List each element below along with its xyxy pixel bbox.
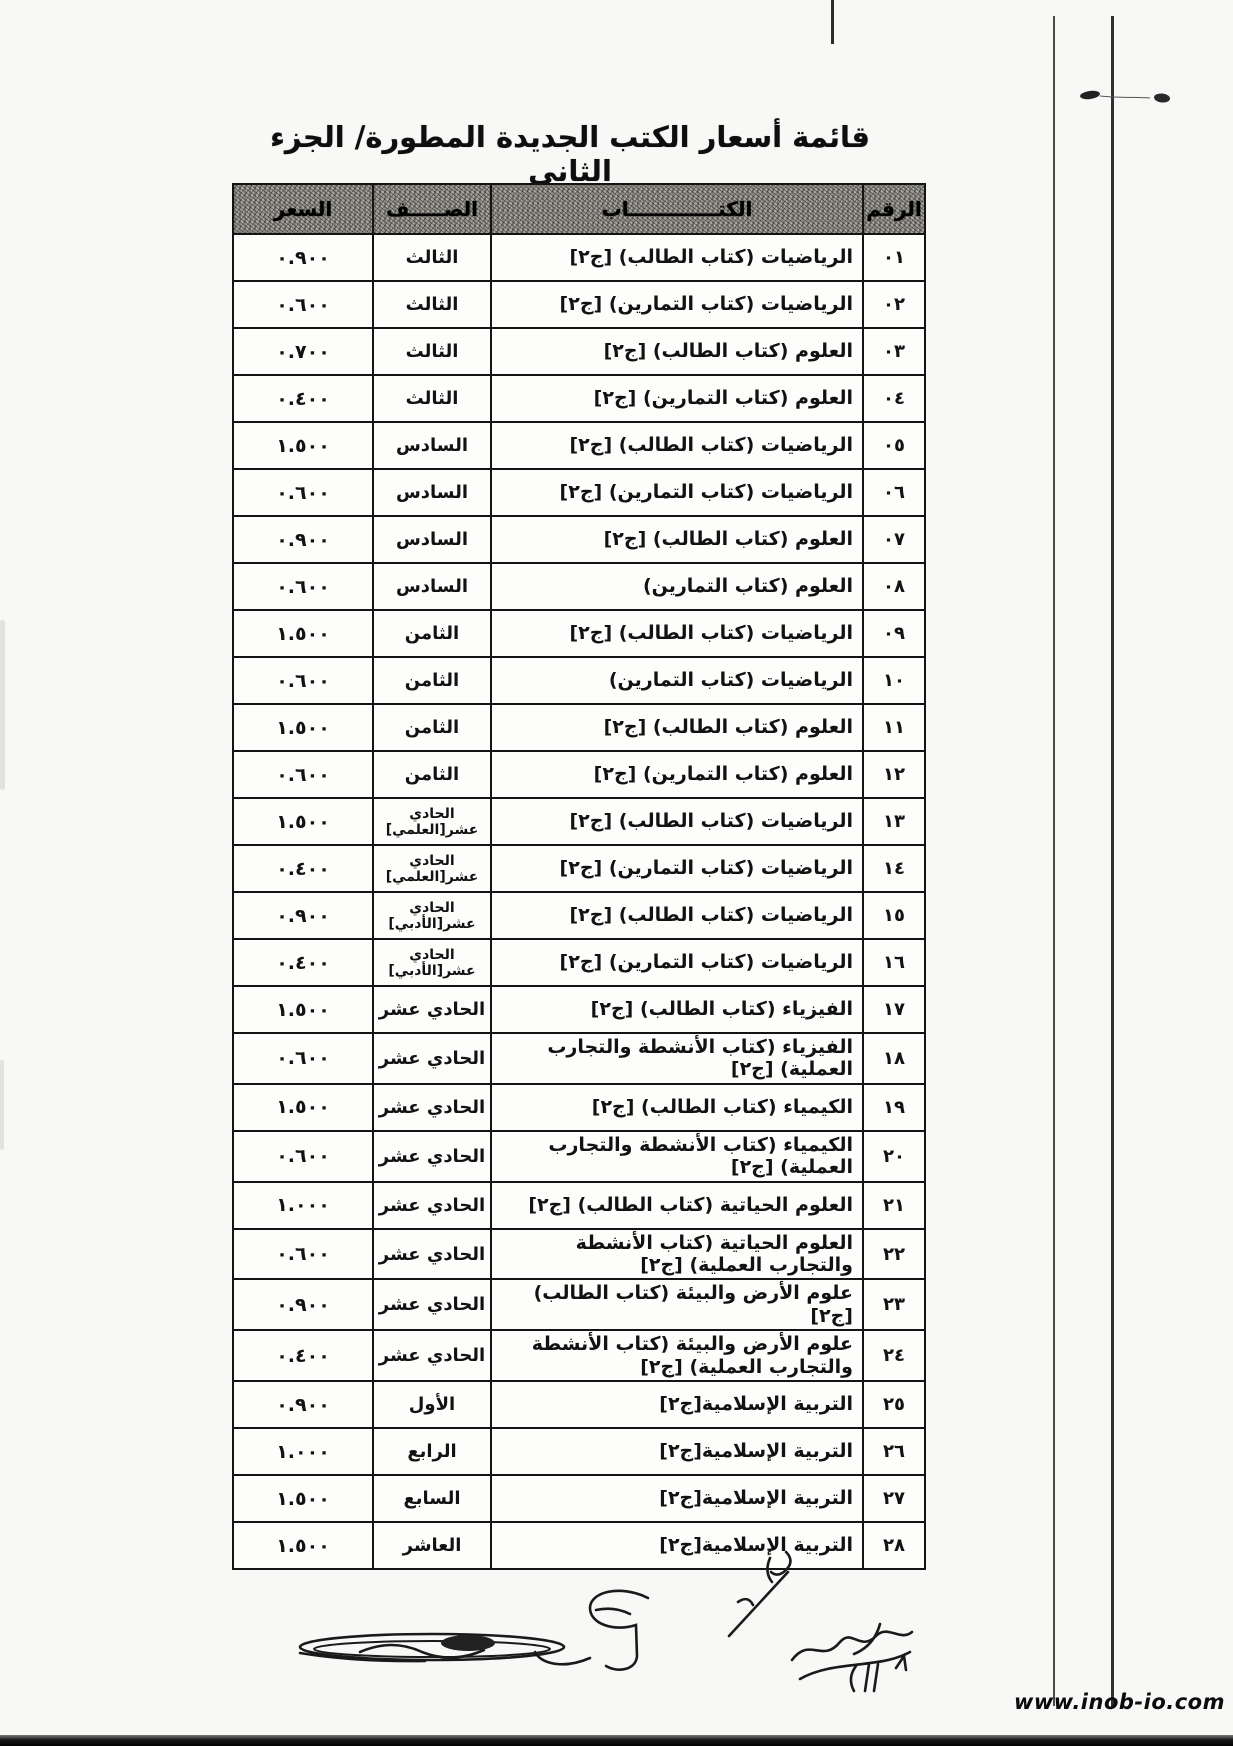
cell-grade: الحادي عشر — [373, 986, 491, 1033]
cell-price: ١.٥٠٠ — [233, 422, 373, 469]
cell-price: ٠.٩٠٠ — [233, 1381, 373, 1428]
cell-price: ٠.٦٠٠ — [233, 469, 373, 516]
cell-number: ٠٨ — [863, 563, 925, 610]
cell-grade: الحادي عشر[الأدبي] — [373, 892, 491, 939]
cell-number: ٠٥ — [863, 422, 925, 469]
cell-grade: الثالث — [373, 281, 491, 328]
table-header-row: الرقم الكتـــــــــــــاب الصـــــف السع… — [233, 184, 925, 234]
cell-number: ٠٣ — [863, 328, 925, 375]
cell-number: ٠٤ — [863, 375, 925, 422]
cell-grade: الثالث — [373, 375, 491, 422]
cell-book: الرياضيات (كتاب الطالب) [ج٢] — [491, 234, 863, 281]
cell-price: ٠.٦٠٠ — [233, 657, 373, 704]
table-row: ١٧الفيزياء (كتاب الطالب) [ج٢]الحادي عشر١… — [233, 986, 925, 1033]
cell-price: ٠.٤٠٠ — [233, 845, 373, 892]
cell-price: ٠.٧٠٠ — [233, 328, 373, 375]
cell-number: ١٦ — [863, 939, 925, 986]
watermark: www.inob-io.com — [1014, 1690, 1225, 1714]
cell-price: ١.٥٠٠ — [233, 1475, 373, 1522]
cell-number: ٢٢ — [863, 1229, 925, 1280]
table-row: ٢٠الكيمياء (كتاب الأنشطة والتجارب العملي… — [233, 1131, 925, 1182]
cell-book: الرياضيات (كتاب التمارين) [ج٢] — [491, 281, 863, 328]
cell-grade: الحادي عشر — [373, 1182, 491, 1229]
table-row: ١٣الرياضيات (كتاب الطالب) [ج٢]الحادي عشر… — [233, 798, 925, 845]
header-book: الكتـــــــــــــاب — [491, 184, 863, 234]
cell-price: ٠.٩٠٠ — [233, 234, 373, 281]
cell-book: العلوم (كتاب التمارين) — [491, 563, 863, 610]
cell-grade: الثالث — [373, 234, 491, 281]
table-row: ٠٤العلوم (كتاب التمارين) [ج٢]الثالث٠.٤٠٠ — [233, 375, 925, 422]
pen-mark — [1078, 84, 1178, 108]
table-row: ٠٩الرياضيات (كتاب الطالب) [ج٢]الثامن١.٥٠… — [233, 610, 925, 657]
cell-price: ٠.٩٠٠ — [233, 892, 373, 939]
cell-number: ٢١ — [863, 1182, 925, 1229]
table-row: ٠٦الرياضيات (كتاب التمارين) [ج٢]السادس٠.… — [233, 469, 925, 516]
cell-grade: الثالث — [373, 328, 491, 375]
cell-grade: الثامن — [373, 610, 491, 657]
cell-price: ٠.٦٠٠ — [233, 1131, 373, 1182]
cell-number: ١٤ — [863, 845, 925, 892]
cell-number: ٠١ — [863, 234, 925, 281]
cell-grade: الرابع — [373, 1428, 491, 1475]
cell-price: ١.٥٠٠ — [233, 704, 373, 751]
header-price: السعر — [233, 184, 373, 234]
header-grade: الصـــــف — [373, 184, 491, 234]
cell-book: العلوم (كتاب التمارين) [ج٢] — [491, 751, 863, 798]
cell-book: الرياضيات (كتاب التمارين) [ج٢] — [491, 845, 863, 892]
scanned-document-page: قائمة أسعار الكتب الجديدة المطورة/ الجزء… — [0, 0, 1233, 1746]
cell-book: العلوم (كتاب الطالب) [ج٢] — [491, 704, 863, 751]
cell-grade: الحادي عشر — [373, 1229, 491, 1280]
cell-number: ١٩ — [863, 1084, 925, 1131]
cell-book: العلوم (كتاب التمارين) [ج٢] — [491, 375, 863, 422]
cell-price: ٠.٦٠٠ — [233, 1033, 373, 1084]
cell-price: ١.٥٠٠ — [233, 798, 373, 845]
cell-book: الرياضيات (كتاب التمارين) — [491, 657, 863, 704]
scan-smudge — [0, 1060, 4, 1150]
cell-price: ٠.٤٠٠ — [233, 939, 373, 986]
table-row: ٠٣العلوم (كتاب الطالب) [ج٢]الثالث٠.٧٠٠ — [233, 328, 925, 375]
cell-number: ١٥ — [863, 892, 925, 939]
cell-price: ٠.٤٠٠ — [233, 375, 373, 422]
cell-number: ١٨ — [863, 1033, 925, 1084]
cell-grade: السادس — [373, 563, 491, 610]
scan-smudge — [0, 620, 5, 790]
cell-grade: السادس — [373, 422, 491, 469]
cell-price: ١.٠٠٠ — [233, 1428, 373, 1475]
cell-book: علوم الأرض والبيئة (كتاب الأنشطة والتجار… — [491, 1330, 863, 1381]
table-row: ٠١الرياضيات (كتاب الطالب) [ج٢]الثالث٠.٩٠… — [233, 234, 925, 281]
table-row: ١٩الكيمياء (كتاب الطالب) [ج٢]الحادي عشر١… — [233, 1084, 925, 1131]
cell-grade: الحادي عشر — [373, 1330, 491, 1381]
table-row: ١١العلوم (كتاب الطالب) [ج٢]الثامن١.٥٠٠ — [233, 704, 925, 751]
cell-grade: الثامن — [373, 704, 491, 751]
cell-price: ١.٥٠٠ — [233, 986, 373, 1033]
cell-book: الرياضيات (كتاب الطالب) [ج٢] — [491, 422, 863, 469]
cell-grade: الحادي عشر[العلمي] — [373, 798, 491, 845]
cell-book: الرياضيات (كتاب الطالب) [ج٢] — [491, 798, 863, 845]
cell-price: ٠.٦٠٠ — [233, 563, 373, 610]
cell-grade: الحادي عشر[الأدبي] — [373, 939, 491, 986]
cell-book: الفيزياء (كتاب الأنشطة والتجارب العملية)… — [491, 1033, 863, 1084]
cell-number: ١٣ — [863, 798, 925, 845]
cell-price: ٠.٩٠٠ — [233, 1279, 373, 1330]
cell-grade: الحادي عشر[العلمي] — [373, 845, 491, 892]
cell-price: ٠.٦٠٠ — [233, 751, 373, 798]
table-row: ٢٧التربية الإسلامية[ج٢]السابع١.٥٠٠ — [233, 1475, 925, 1522]
cell-book: الرياضيات (كتاب التمارين) [ج٢] — [491, 469, 863, 516]
cell-number: ١٧ — [863, 986, 925, 1033]
cell-book: العلوم الحياتية (كتاب الطالب) [ج٢] — [491, 1182, 863, 1229]
cell-grade: السابع — [373, 1475, 491, 1522]
cell-book: التربية الإسلامية[ج٢] — [491, 1428, 863, 1475]
scan-line-artifact-left — [1053, 16, 1055, 1706]
table-row: ١٤الرياضيات (كتاب التمارين) [ج٢]الحادي ع… — [233, 845, 925, 892]
cell-price: ٠.٦٠٠ — [233, 281, 373, 328]
table-row: ١٨الفيزياء (كتاب الأنشطة والتجارب العملي… — [233, 1033, 925, 1084]
cell-book: العلوم (كتاب الطالب) [ج٢] — [491, 328, 863, 375]
cell-number: ١٠ — [863, 657, 925, 704]
cell-book: الفيزياء (كتاب الطالب) [ج٢] — [491, 986, 863, 1033]
table-row: ١٠الرياضيات (كتاب التمارين)الثامن٠.٦٠٠ — [233, 657, 925, 704]
cell-grade: الثامن — [373, 751, 491, 798]
cell-number: ٠٧ — [863, 516, 925, 563]
table-row: ٠٨العلوم (كتاب التمارين)السادس٠.٦٠٠ — [233, 563, 925, 610]
table-row: ٢٥التربية الإسلامية[ج٢]الأول٠.٩٠٠ — [233, 1381, 925, 1428]
price-table: الرقم الكتـــــــــــــاب الصـــــف السع… — [232, 183, 926, 1570]
cell-book: العلوم (كتاب الطالب) [ج٢] — [491, 516, 863, 563]
cell-price: ٠.٩٠٠ — [233, 516, 373, 563]
cell-number: ١٢ — [863, 751, 925, 798]
table-row: ٠٥الرياضيات (كتاب الطالب) [ج٢]السادس١.٥٠… — [233, 422, 925, 469]
cell-book: التربية الإسلامية[ج٢] — [491, 1381, 863, 1428]
cell-book: الرياضيات (كتاب التمارين) [ج٢] — [491, 939, 863, 986]
cell-price: ٠.٤٠٠ — [233, 1330, 373, 1381]
cell-number: ٢٣ — [863, 1279, 925, 1330]
table-row: ١٥الرياضيات (كتاب الطالب) [ج٢]الحادي عشر… — [233, 892, 925, 939]
cell-number: ٠٦ — [863, 469, 925, 516]
cell-book: الرياضيات (كتاب الطالب) [ج٢] — [491, 892, 863, 939]
table-row: ٢١العلوم الحياتية (كتاب الطالب) [ج٢]الحا… — [233, 1182, 925, 1229]
cell-grade: الحادي عشر — [373, 1279, 491, 1330]
scan-line-artifact-right — [1111, 16, 1114, 1708]
cell-number: ٢٠ — [863, 1131, 925, 1182]
cell-grade: الحادي عشر — [373, 1131, 491, 1182]
cell-price: ٠.٦٠٠ — [233, 1229, 373, 1280]
cell-grade: الحادي عشر — [373, 1084, 491, 1131]
cell-grade: الثامن — [373, 657, 491, 704]
table-row: ١٦الرياضيات (كتاب التمارين) [ج٢]الحادي ع… — [233, 939, 925, 986]
table-row: ٢٣علوم الأرض والبيئة (كتاب الطالب) [ج٢]ا… — [233, 1279, 925, 1330]
cell-number: ١١ — [863, 704, 925, 751]
table-row: ١٢العلوم (كتاب التمارين) [ج٢]الثامن٠.٦٠٠ — [233, 751, 925, 798]
cell-grade: السادس — [373, 469, 491, 516]
cell-grade: السادس — [373, 516, 491, 563]
cell-number: ٢٧ — [863, 1475, 925, 1522]
cell-number: ٢٥ — [863, 1381, 925, 1428]
cell-book: علوم الأرض والبيئة (كتاب الطالب) [ج٢] — [491, 1279, 863, 1330]
cell-price: ١.٥٠٠ — [233, 610, 373, 657]
cell-book: الكيمياء (كتاب الطالب) [ج٢] — [491, 1084, 863, 1131]
cell-price: ١.٠٠٠ — [233, 1182, 373, 1229]
scan-line-artifact-top — [831, 0, 834, 44]
cell-book: الرياضيات (كتاب الطالب) [ج٢] — [491, 610, 863, 657]
header-number: الرقم — [863, 184, 925, 234]
table-row: ٢٦التربية الإسلامية[ج٢]الرابع١.٠٠٠ — [233, 1428, 925, 1475]
table-row: ٢٢العلوم الحياتية (كتاب الأنشطة والتجارب… — [233, 1229, 925, 1280]
table-row: ٢٤علوم الأرض والبيئة (كتاب الأنشطة والتج… — [233, 1330, 925, 1381]
cell-number: ٠٢ — [863, 281, 925, 328]
cell-number: ٠٩ — [863, 610, 925, 657]
page-title: قائمة أسعار الكتب الجديدة المطورة/ الجزء… — [232, 120, 908, 188]
cell-book: التربية الإسلامية[ج٢] — [491, 1475, 863, 1522]
cell-number: ٢٤ — [863, 1330, 925, 1381]
cell-book: الكيمياء (كتاب الأنشطة والتجارب العملية)… — [491, 1131, 863, 1182]
table-row: ٠٧العلوم (كتاب الطالب) [ج٢]السادس٠.٩٠٠ — [233, 516, 925, 563]
cell-book: العلوم الحياتية (كتاب الأنشطة والتجارب ا… — [491, 1229, 863, 1280]
scan-edge-bar — [0, 1735, 1233, 1746]
cell-grade: الحادي عشر — [373, 1033, 491, 1084]
cell-grade: الأول — [373, 1381, 491, 1428]
cell-number: ٢٦ — [863, 1428, 925, 1475]
table-row: ٠٢الرياضيات (كتاب التمارين) [ج٢]الثالث٠.… — [233, 281, 925, 328]
cell-price: ١.٥٠٠ — [233, 1084, 373, 1131]
signature-marks — [240, 1540, 930, 1710]
